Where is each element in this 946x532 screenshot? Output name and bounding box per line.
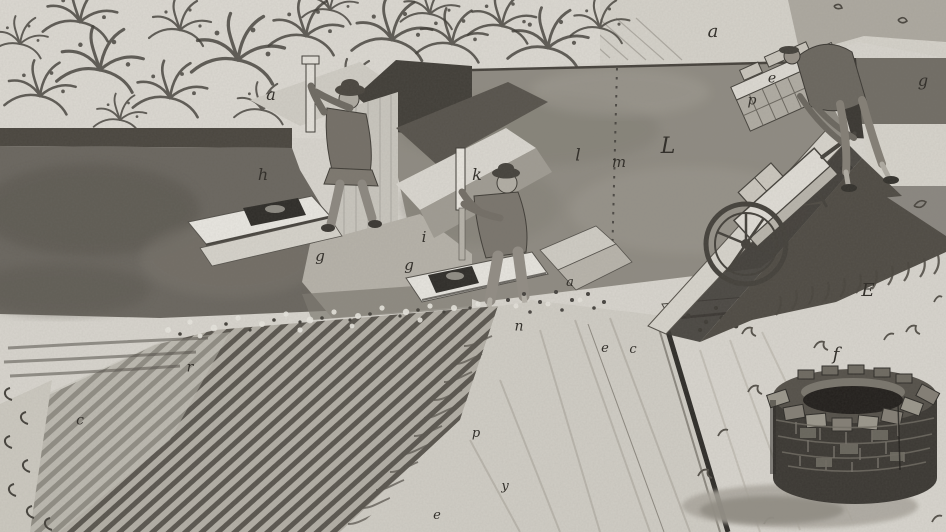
engraving-scene [0, 0, 946, 532]
halftone-grain [0, 0, 946, 532]
engraving-plate: ahggiklmLaepgEfnaecrcpye [0, 0, 946, 532]
